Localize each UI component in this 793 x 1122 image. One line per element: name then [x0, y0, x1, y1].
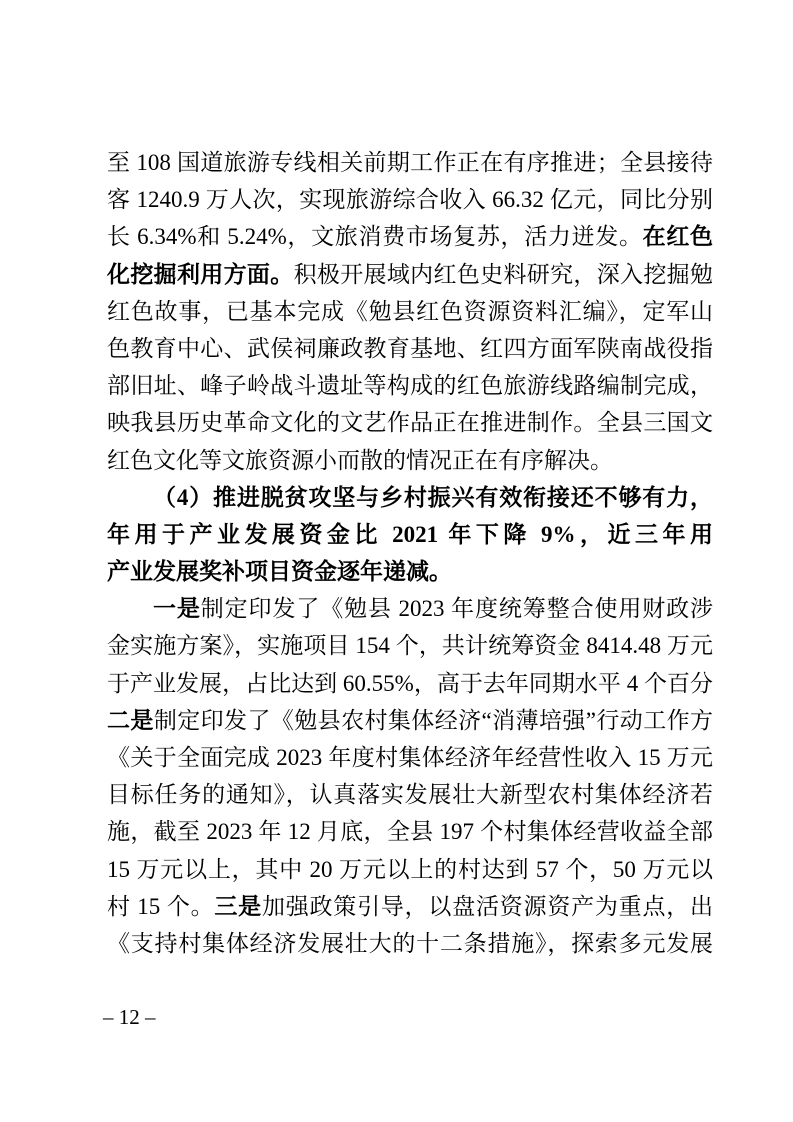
text-line: 一是制定印发了《勉县 2023 年度统筹整合使用财政涉农资: [107, 590, 713, 627]
text-line: （4）推进脱贫攻坚与乡村振兴有效衔接还不够有力，2022: [107, 479, 713, 516]
text-line: 金实施方案》，实施项目 154 个，共计统筹资金 8414.48 万元用: [107, 627, 713, 664]
text-segment: 长 6.34%和 5.24%，文旅消费市场复苏，活力迸发。: [107, 224, 643, 249]
document-page: 至 108 国道旅游专线相关前期工作正在有序推进；全县接待游客 1240.9 万…: [0, 0, 793, 1122]
text-segment: 施，截至 2023 年 12 月底，全县 197 个村集体经营收益全部在: [107, 819, 713, 850]
text-segment: 红色文化等文旅资源小而散的情况正在有序解决。: [107, 448, 613, 473]
text-line: 二是制定印发了《勉县农村集体经济“消薄培强”行动工作方案》: [107, 702, 713, 739]
text-segment: 至 108 国道旅游专线相关前期工作正在有序推进；全县接待游: [107, 150, 713, 181]
text-line: 红色故事，已基本完成《勉县红色资源资料汇编》，定军山红: [107, 293, 713, 330]
text-line: 村 15 个。三是加强政策引导，以盘活资源资产为重点，出台了: [107, 888, 713, 925]
text-line: 客 1240.9 万人次，实现旅游综合收入 66.32 亿元，同比分别增: [107, 181, 713, 218]
bold-text-segment: 产业发展奖补项目资金逐年递减。: [107, 559, 452, 584]
text-line: 映我县历史革命文化的文艺作品正在推进制作。全县三国文化、: [107, 404, 713, 441]
text-line: 部旧址、峰子岭战斗遗址等构成的红色旅游线路编制完成，反: [107, 367, 713, 404]
text-line: 产业发展奖补项目资金逐年递减。: [107, 553, 713, 590]
text-segment: 《关于全面完成 2023 年度村集体经济年经营性收入 15 万元以上: [107, 745, 713, 776]
text-segment: 部旧址、峰子岭战斗遗址等构成的红色旅游线路编制完成，反: [107, 373, 713, 404]
bold-text-segment: 三是: [214, 894, 262, 919]
text-segment: 色教育中心、武侯祠廉政教育基地、红四方面军陕南战役指挥: [107, 336, 713, 367]
document-body: 至 108 国道旅游专线相关前期工作正在有序推进；全县接待游客 1240.9 万…: [107, 144, 713, 962]
bold-text-segment: 二是: [107, 708, 154, 733]
text-line: 15 万元以上，其中 20 万元以上的村达到 57 个，50 万元以上的: [107, 851, 713, 888]
text-segment: 制定印发了《勉县农村集体经济“消薄培强”行动工作方案》: [107, 708, 713, 739]
text-segment: 于产业发展，占比达到 60.55%，高于去年同期水平 4 个百分点。: [107, 671, 713, 702]
text-segment: 目标任务的通知》，认真落实发展壮大新型农村集体经济若干措: [107, 782, 713, 813]
text-segment: 15 万元以上，其中 20 万元以上的村达到 57 个，50 万元以上的: [107, 857, 713, 888]
page-number: – 12 –: [103, 1004, 156, 1030]
text-line: 化挖掘利用方面。积极开展域内红色史料研究，深入挖掘勉县: [107, 256, 713, 293]
text-line: 于产业发展，占比达到 60.55%，高于去年同期水平 4 个百分点。: [107, 665, 713, 702]
text-segment: 制定印发了《勉县 2023 年度统筹整合使用财政涉农资: [153, 596, 713, 627]
text-line: 《支持村集体经济发展壮大的十二条措施》，探索多元发展路径，: [107, 925, 713, 962]
text-segment: 客 1240.9 万人次，实现旅游综合收入 66.32 亿元，同比分别增: [107, 187, 713, 218]
bold-text-segment: 一是: [153, 596, 201, 621]
text-segment: 金实施方案》，实施项目 154 个，共计统筹资金 8414.48 万元用: [107, 633, 713, 664]
text-segment: 《支持村集体经济发展壮大的十二条措施》，探索多元发展路径，: [107, 931, 713, 962]
text-line: 《关于全面完成 2023 年度村集体经济年经营性收入 15 万元以上: [107, 739, 713, 776]
text-segment: 红色故事，已基本完成《勉县红色资源资料汇编》，定军山红: [107, 299, 713, 330]
text-line: 年用于产业发展资金比 2021 年下降 9%，近三年用于“3+X”特色: [107, 516, 713, 553]
bold-text-segment: 年用于产业发展资金比 2021 年下降 9%，近三年用于“3+X”特色: [107, 522, 713, 553]
bold-text-segment: （4）推进脱贫攻坚与乡村振兴有效衔接还不够有力，2022: [153, 485, 713, 516]
text-line: 长 6.34%和 5.24%，文旅消费市场复苏，活力迸发。在红色文: [107, 218, 713, 255]
text-line: 色教育中心、武侯祠廉政教育基地、红四方面军陕南战役指挥: [107, 330, 713, 367]
text-line: 红色文化等文旅资源小而散的情况正在有序解决。: [107, 442, 713, 479]
text-segment: 映我县历史革命文化的文艺作品正在推进制作。全县三国文化、: [107, 410, 713, 441]
bold-text-segment: 化挖掘利用方面。: [107, 262, 294, 287]
text-line: 至 108 国道旅游专线相关前期工作正在有序推进；全县接待游: [107, 144, 713, 181]
text-line: 施，截至 2023 年 12 月底，全县 197 个村集体经营收益全部在: [107, 813, 713, 850]
text-line: 目标任务的通知》，认真落实发展壮大新型农村集体经济若干措: [107, 776, 713, 813]
text-segment: 村 15 个。: [107, 894, 214, 919]
